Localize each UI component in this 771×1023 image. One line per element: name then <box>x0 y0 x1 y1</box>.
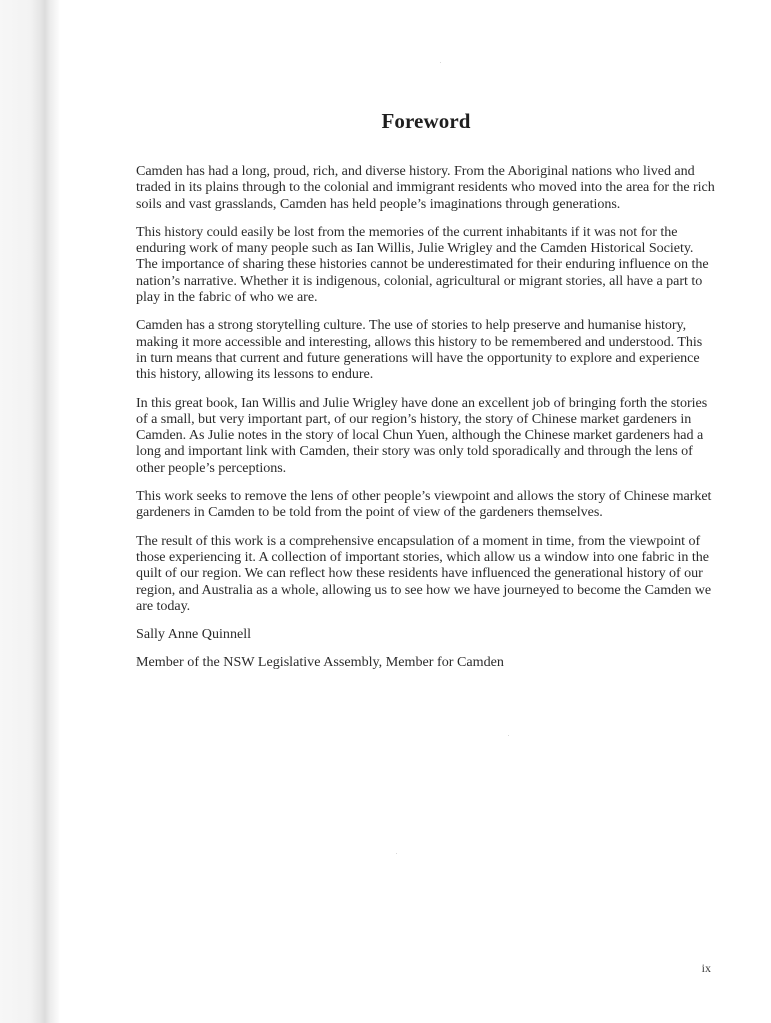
paragraph-2: This history could easily be lost from t… <box>136 224 716 305</box>
scan-speck <box>508 735 509 736</box>
paragraph-4: In this great book, Ian Willis and Julie… <box>136 395 716 476</box>
paragraph-5: This work seeks to remove the lens of ot… <box>136 488 716 521</box>
page-title: Foreword <box>136 109 716 134</box>
paragraph-3: Camden has a strong storytelling culture… <box>136 317 716 382</box>
paragraph-1: Camden has had a long, proud, rich, and … <box>136 163 716 212</box>
foreword-body: Camden has had a long, proud, rich, and … <box>136 163 716 683</box>
signature-role: Member of the NSW Legislative Assembly, … <box>136 654 716 670</box>
paragraph-6: The result of this work is a comprehensi… <box>136 533 716 614</box>
page-binding-shadow <box>0 0 60 1023</box>
scan-speck <box>396 853 397 854</box>
scan-speck <box>440 62 441 63</box>
signature-name: Sally Anne Quinnell <box>136 626 716 642</box>
page-number: ix <box>702 961 711 976</box>
